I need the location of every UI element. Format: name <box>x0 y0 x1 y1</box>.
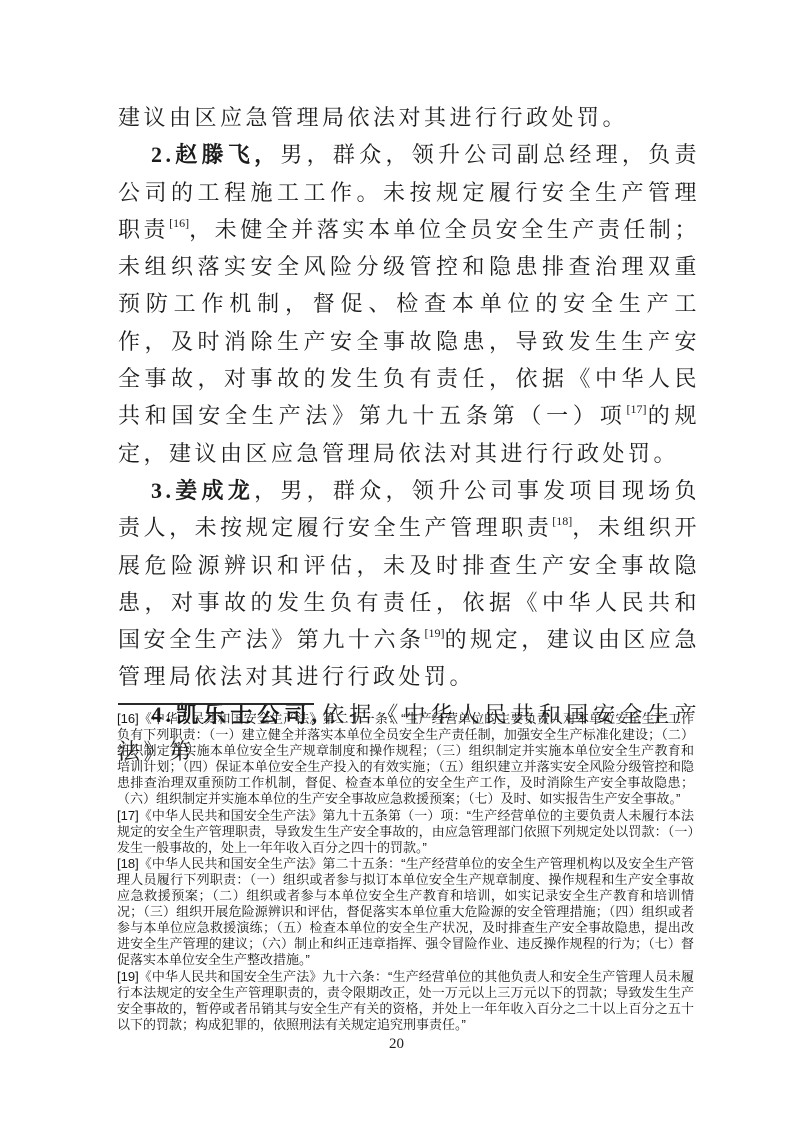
body-paragraph: 建议由区应急管理局依法对其进行行政处罚。 <box>118 99 700 136</box>
text-run: ，未健全并落实本单位全员安全生产责任制；未组织落实安全风险分级管控和隐患排查治理… <box>118 217 700 428</box>
footnotes-list: [16]《中华人民共和国安全生产法》第二十一条：“生产经营单位的主要负责人对本单… <box>117 711 694 1033</box>
footnote-ref: [19] <box>425 626 445 640</box>
footnote-item: [16]《中华人民共和国安全生产法》第二十一条：“生产经营单位的主要负责人对本单… <box>117 711 694 808</box>
document-body: 建议由区应急管理局依法对其进行行政处罚。2.赵滕飞，男，群众，领升公司副总经理，… <box>118 99 700 770</box>
page-number: 20 <box>0 1036 793 1053</box>
body-paragraph: 2.赵滕飞，男，群众，领升公司副总经理，负责公司的工程施工工作。未按规定履行安全… <box>118 136 700 472</box>
text-run: 建议由区应急管理局依法对其进行行政处罚。 <box>118 105 628 130</box>
footnote-ref: [18] <box>552 514 572 528</box>
footnote-item: [17]《中华人民共和国安全生产法》第九十五条第（一）项：“生产经营单位的主要负… <box>117 808 694 856</box>
footnote-item: [18]《中华人民共和国安全生产法》第二十五条：“生产经营单位的安全生产管理机构… <box>117 856 694 969</box>
footnote-ref: [16] <box>169 216 189 230</box>
footnote-separator <box>118 703 314 705</box>
footnote-item: [19]《中华人民共和国安全生产法》九十六条：“生产经营单位的其他负责人和安全生… <box>117 969 694 1033</box>
document-page: 建议由区应急管理局依法对其进行行政处罚。2.赵滕飞，男，群众，领升公司副总经理，… <box>0 0 793 1122</box>
body-paragraph: 3.姜成龙，男，群众，领升公司事发项目现场负责人，未按规定履行安全生产管理职责[… <box>118 472 700 696</box>
text-run: 3.姜成龙 <box>151 478 254 503</box>
text-run: 2.赵滕飞， <box>151 142 280 167</box>
footnote-ref: [17] <box>626 402 646 416</box>
